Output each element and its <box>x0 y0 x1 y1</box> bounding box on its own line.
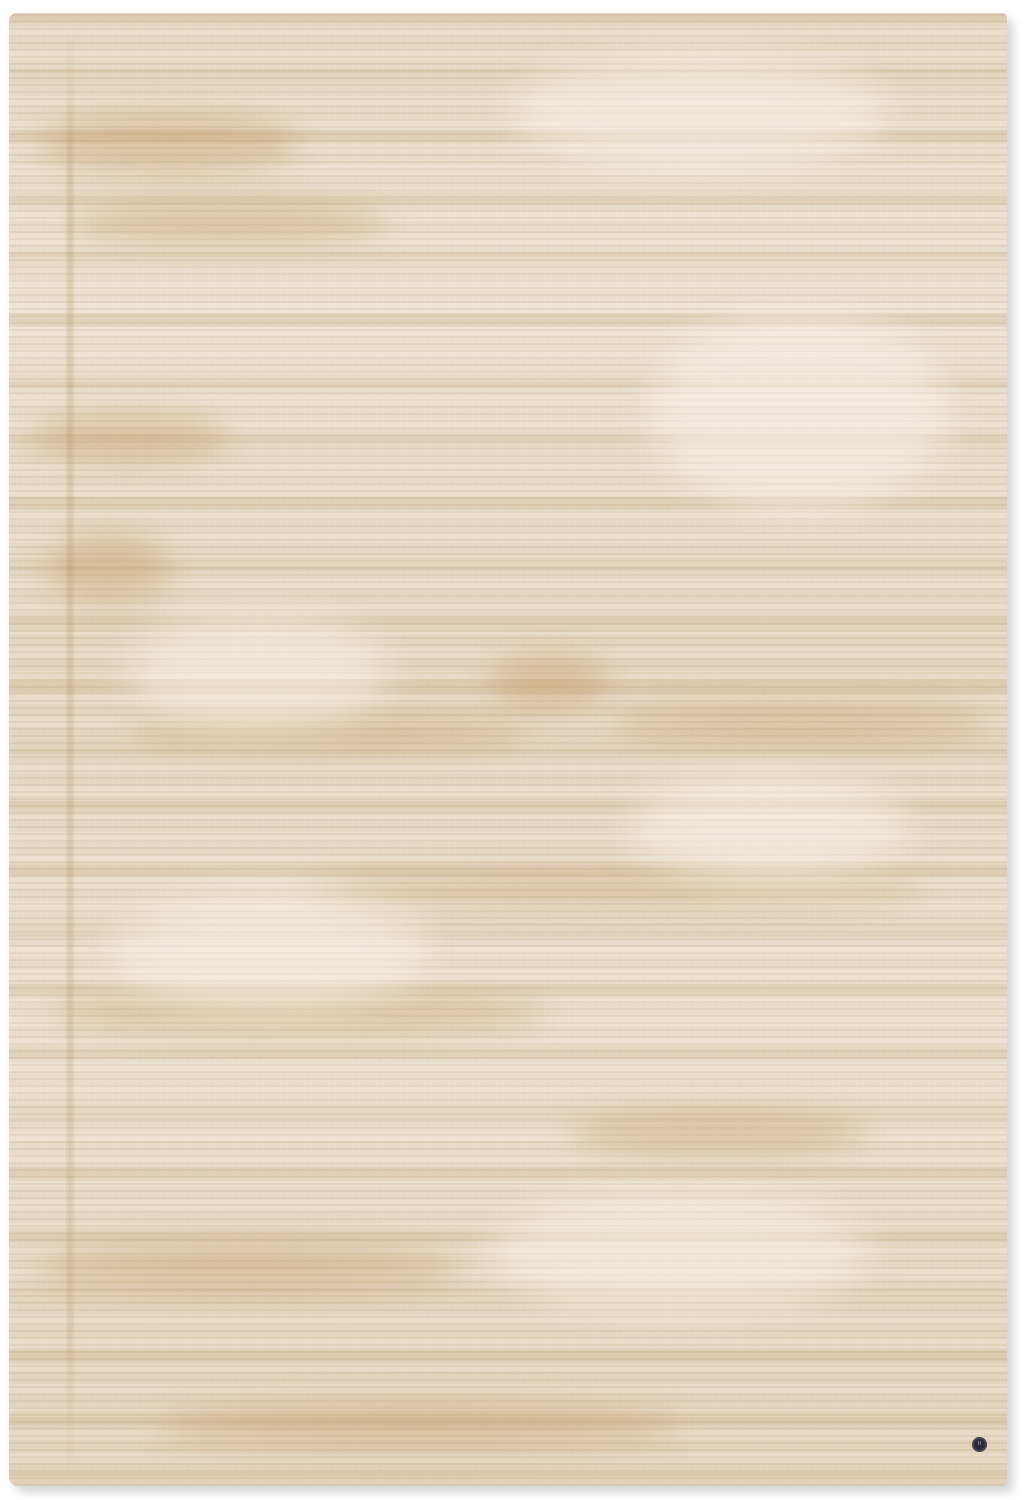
rug-gold-streak <box>29 413 229 463</box>
rug-gold-streak <box>159 1403 679 1448</box>
rug-gold-streak <box>609 703 989 743</box>
rug-gold-streak <box>69 203 389 243</box>
rug-inner-border <box>67 33 73 1473</box>
rug-gold-streak <box>309 873 929 903</box>
rug-gold-streak <box>39 113 299 173</box>
rug <box>9 13 1007 1486</box>
rug-sheen <box>489 1193 869 1313</box>
product-photo: II <box>0 0 1024 1500</box>
brand-mark: II <box>978 1442 982 1447</box>
rug-gold-streak <box>489 653 609 713</box>
rug-gold-streak <box>39 1243 459 1293</box>
brand-label-button-icon: II <box>972 1437 987 1452</box>
rug-sheen <box>649 313 949 513</box>
rug-sheen <box>509 53 889 173</box>
rug-sheen <box>109 893 429 1013</box>
rug-gold-streak <box>569 1113 869 1153</box>
rug-sheen <box>629 773 909 883</box>
rug-sheen <box>129 613 389 733</box>
